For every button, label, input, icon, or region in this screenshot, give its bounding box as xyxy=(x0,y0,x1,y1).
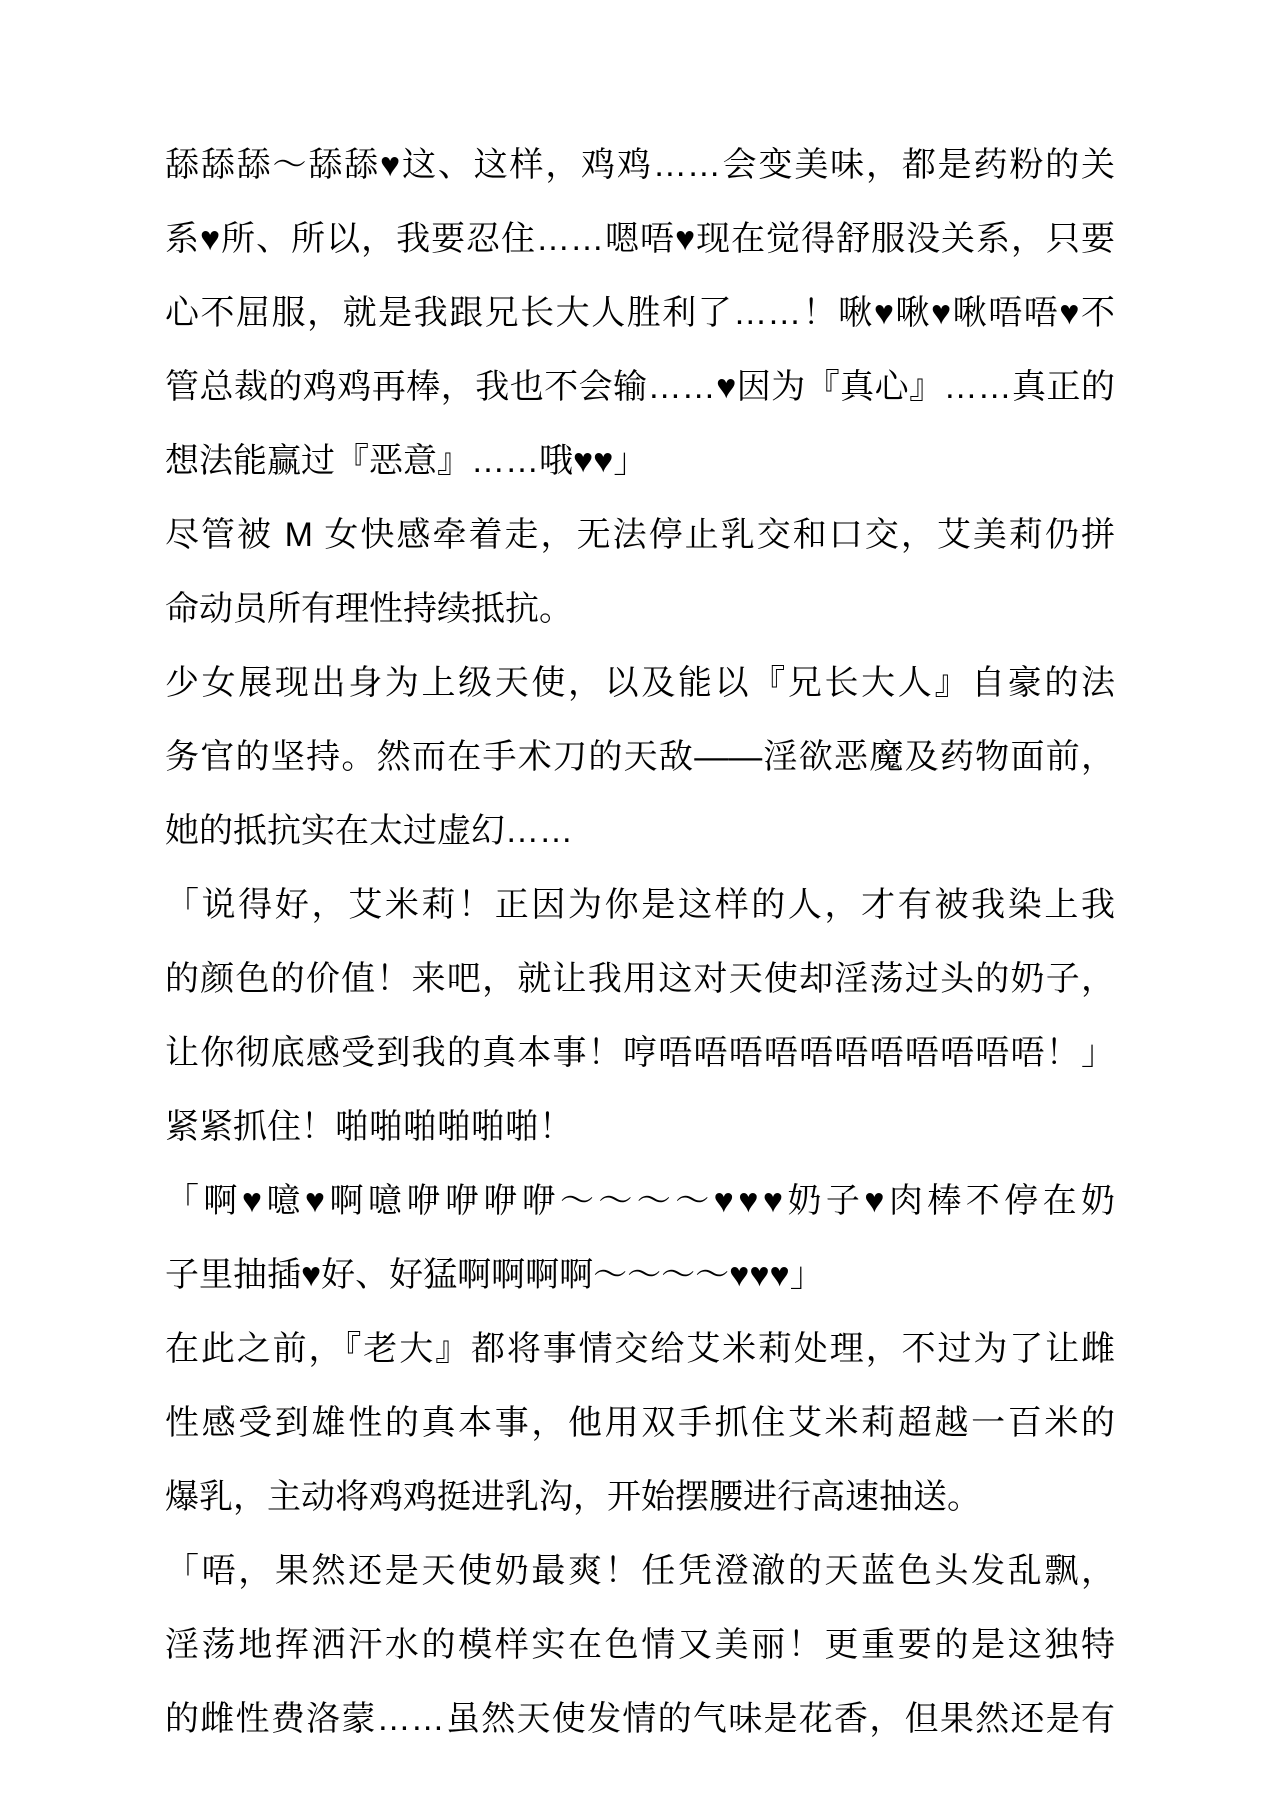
text-line: 少女展现出身为上级天使，以及能以『兄长大人』自豪的法 xyxy=(165,646,1115,720)
text-line: 命动员所有理性持续抵抗。 xyxy=(165,572,1115,646)
text-line: 心不屈服，就是我跟兄长大人胜利了……！啾♥啾♥啾唔唔♥不 xyxy=(165,276,1115,350)
text-line: 在此之前，『老大』都将事情交给艾米莉处理，不过为了让雌 xyxy=(165,1312,1115,1386)
text-line: 子里抽插♥好、好猛啊啊啊啊～～～～♥♥♥」 xyxy=(165,1238,1115,1312)
text-line: 务官的坚持。然而在手术刀的天敌——淫欲恶魔及药物面前， xyxy=(165,720,1115,794)
text-line: 的颜色的价值！来吧，就让我用这对天使却淫荡过头的奶子， xyxy=(165,942,1115,1016)
text-line: 管总裁的鸡鸡再棒，我也不会输……♥因为『真心』……真正的 xyxy=(165,350,1115,424)
text-line: 淫荡地挥洒汗水的模样实在色情又美丽！更重要的是这独特 xyxy=(165,1608,1115,1682)
text-line: 她的抵抗实在太过虚幻…… xyxy=(165,794,1115,868)
text-line: 爆乳，主动将鸡鸡挺进乳沟，开始摆腰进行高速抽送。 xyxy=(165,1460,1115,1534)
text-line: 「啊♥噫♥啊噫咿咿咿咿～～～～♥♥♥奶子♥肉棒不停在奶 xyxy=(165,1164,1115,1238)
text-line: 「说得好，艾米莉！正因为你是这样的人，才有被我染上我 xyxy=(165,868,1115,942)
text-line: 尽管被 M 女快感牵着走，无法停止乳交和口交，艾美莉仍拼 xyxy=(165,498,1115,572)
text-line: 的雌性费洛蒙……虽然天使发情的气味是花香，但果然还是有 xyxy=(165,1682,1115,1756)
text-line: 想法能赢过『恶意』……哦♥♥」 xyxy=(165,424,1115,498)
text-line: 系♥所、所以，我要忍住……嗯唔♥现在觉得舒服没关系，只要 xyxy=(165,202,1115,276)
text-line: 性感受到雄性的真本事，他用双手抓住艾米莉超越一百米的 xyxy=(165,1386,1115,1460)
text-line: 紧紧抓住！啪啪啪啪啪啪！ xyxy=(165,1090,1115,1164)
text-line: 「唔，果然还是天使奶最爽！任凭澄澈的天蓝色头发乱飘， xyxy=(165,1534,1115,1608)
page-text: 舔舔舔～舔舔♥这、这样，鸡鸡……会变美味，都是药粉的关 系♥所、所以，我要忍住…… xyxy=(165,128,1115,1756)
text-line: 让你彻底感受到我的真本事！哼唔唔唔唔唔唔唔唔唔唔唔！」 xyxy=(165,1016,1115,1090)
document-page: 舔舔舔～舔舔♥这、这样，鸡鸡……会变美味，都是药粉的关 系♥所、所以，我要忍住…… xyxy=(0,0,1280,1810)
text-line: 舔舔舔～舔舔♥这、这样，鸡鸡……会变美味，都是药粉的关 xyxy=(165,128,1115,202)
